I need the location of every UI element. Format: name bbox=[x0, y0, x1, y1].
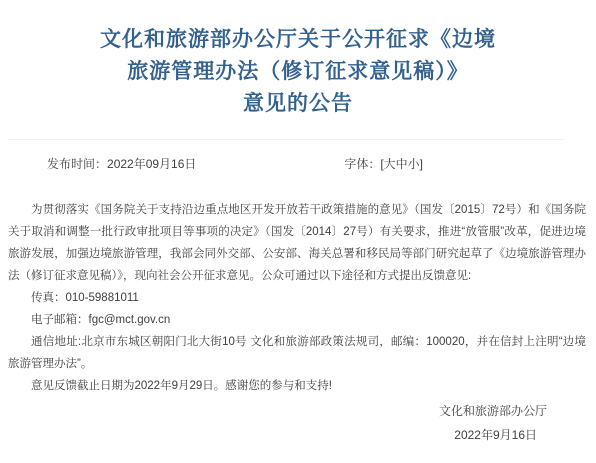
announcement-body: 为贯彻落实《国务院关于支持沿边重点地区开发开放若干政策措施的意见》（国发〔201… bbox=[8, 199, 586, 397]
publish-time-value: 2022年09月16日 bbox=[107, 157, 196, 171]
intro-paragraph: 为贯彻落实《国务院关于支持沿边重点地区开发开放若干政策措施的意见》（国发〔201… bbox=[8, 199, 586, 287]
page-title: 文化和旅游部办公厅关于公开征求《边境 旅游管理办法（修订征求意见稿）》 意见的公… bbox=[36, 24, 560, 120]
font-size-control: 字体：[大中小] bbox=[344, 157, 423, 171]
fax-line: 传真：010-59881011 bbox=[8, 287, 586, 309]
address-line: 通信地址:北京市东城区朝阳门北大街10号 文化和旅游部政策法规司，邮编：1000… bbox=[8, 331, 586, 375]
email-address: fgc@mct.gov.cn bbox=[89, 314, 171, 326]
announcement-page: 文化和旅游部办公厅关于公开征求《边境 旅游管理办法（修订征求意见稿）》 意见的公… bbox=[0, 0, 596, 463]
email-label: 电子邮箱： bbox=[31, 314, 89, 326]
email-line: 电子邮箱：fgc@mct.gov.cn bbox=[8, 309, 586, 331]
font-size-label: 字体： bbox=[344, 157, 380, 171]
signature-department: 文化和旅游部办公厅 bbox=[0, 399, 596, 423]
font-size-switcher[interactable]: [大中小] bbox=[380, 157, 423, 171]
publish-time: 发布时间：2022年09月16日 bbox=[47, 157, 196, 171]
fax-number: 010-59881011 bbox=[66, 292, 139, 304]
signature-date: 2022年9月16日 bbox=[0, 423, 596, 447]
meta-row: 发布时间：2022年09月16日 字体：[大中小] bbox=[0, 140, 596, 171]
title-line-1: 文化和旅游部办公厅关于公开征求《边境 bbox=[36, 24, 560, 56]
publish-time-label: 发布时间： bbox=[47, 157, 107, 171]
fax-label: 传真： bbox=[31, 292, 66, 304]
title-line-2: 旅游管理办法（修订征求意见稿）》 bbox=[36, 56, 560, 88]
signature-block: 文化和旅游部办公厅 2022年9月16日 bbox=[0, 399, 596, 447]
deadline-line: 意见反馈截止日期为2022年9月29日。感谢您的参与和支持! bbox=[8, 375, 586, 397]
title-line-3: 意见的公告 bbox=[36, 88, 560, 120]
